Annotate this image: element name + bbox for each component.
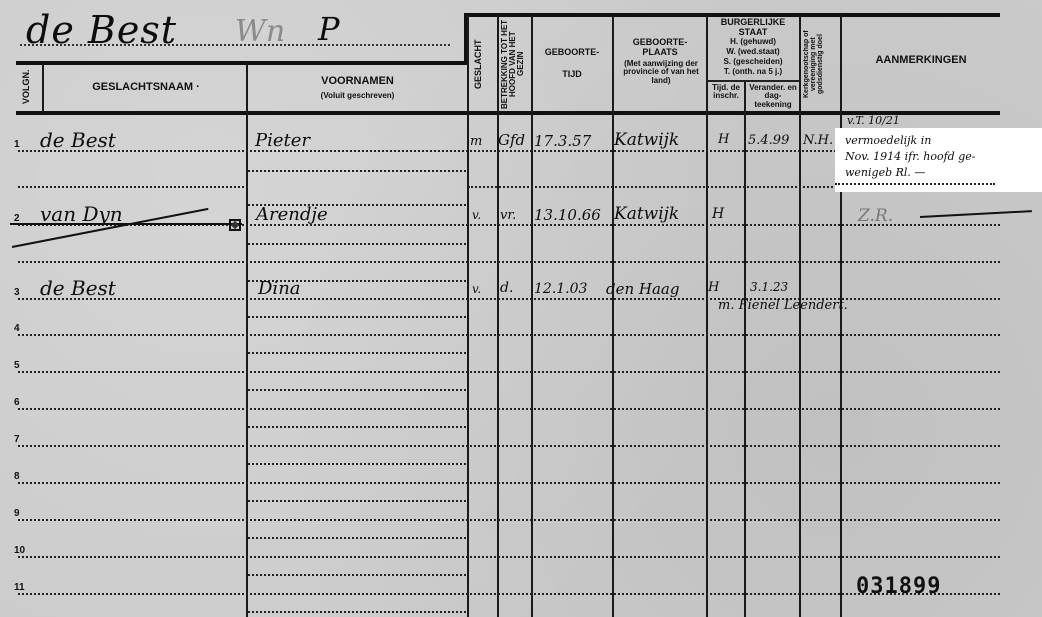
row3-sex: v.	[472, 282, 481, 296]
header-kerkgenootschap: Kerkgenootschap of vereeniging met godsd…	[803, 18, 837, 110]
row3-change-note: m. Fienel Leendert.	[718, 298, 848, 313]
row3-birth-place: den Haag	[606, 280, 679, 298]
header-tijd-inschr: Tijd. de inschr.	[708, 84, 744, 101]
row-line-5	[18, 371, 1000, 373]
row3-surname: de Best	[40, 276, 116, 300]
row3-birth-date: 12.1.03	[534, 281, 587, 297]
col-line-civil	[799, 15, 801, 617]
header-geboortetijd-1: GEBOORTE-	[533, 48, 611, 57]
row3-given-names: Dina	[258, 278, 301, 299]
heading-dotted-line	[20, 44, 450, 46]
col-line-surname	[246, 63, 248, 617]
row2-birth-place: Katwijk	[614, 204, 679, 224]
col-line-given	[467, 15, 469, 617]
header-bs-s: S. (gescheiden)	[708, 58, 798, 66]
row1-religion: N.H.	[803, 133, 833, 148]
row-number: 7	[14, 434, 20, 445]
remark-line: vermoedelijk in	[845, 134, 931, 148]
cross-box-mark-icon	[229, 219, 241, 231]
header-bs-h: H. (gehuwd)	[708, 38, 798, 46]
col-line-volgn	[42, 63, 44, 113]
header-betrekking: BETREKKING TOT HET HOOFD VAN HET GEZIN	[501, 18, 529, 110]
row1-change-date: 5.4.99	[748, 133, 789, 148]
row-line-7	[18, 445, 1000, 447]
row-number: 10	[14, 545, 25, 556]
row1-civil-status: H	[718, 132, 729, 147]
row1-birth-place: Katwijk	[614, 130, 679, 150]
row-number: 11	[14, 582, 25, 593]
row-number: 9	[14, 508, 20, 519]
remark-line: wenigeb Rl. —	[845, 166, 925, 180]
header-verander: Verander. en dag-teekening	[747, 84, 799, 109]
col-line-tijd	[744, 80, 746, 617]
col-line-birthplace	[706, 15, 708, 617]
row2-birth-date: 13.10.66	[534, 206, 601, 224]
table-top-border-left	[16, 61, 468, 65]
col-line-relation	[531, 15, 533, 617]
remark-line: Nov. 1914 ifr. hoofd ge-	[845, 150, 975, 164]
strikethrough-line	[920, 210, 1032, 218]
row-number: 6	[14, 397, 20, 408]
row-number: 8	[14, 471, 20, 482]
row1-relation: Gfd	[498, 131, 525, 149]
row2-sex: v.	[472, 208, 481, 222]
row-number: 5	[14, 360, 20, 371]
row-line-9	[18, 519, 1000, 521]
heading-letter: P	[318, 10, 340, 48]
row1-sex: m	[470, 134, 482, 149]
row3-change-date: 3.1.23	[750, 280, 788, 294]
header-aanmerkingen: AANMERKINGEN	[842, 55, 1000, 67]
col-line-religion	[840, 15, 842, 617]
pasted-remark-note: vermoedelijk in Nov. 1914 ifr. hoofd ge-…	[835, 128, 1042, 192]
row-line-3	[18, 298, 1000, 300]
row-number: 1	[14, 139, 20, 150]
row-number: 3	[14, 287, 20, 298]
header-geboorteplaats-sub: (Met aanwijzing der provincie of van het…	[618, 60, 704, 85]
row1-remark-top: v.T. 10/21	[847, 114, 900, 127]
row2-given-names: Arendje	[256, 204, 328, 225]
row2-relation: vr.	[500, 208, 516, 223]
row3-civil-status: H	[708, 280, 719, 295]
header-voornamen: VOORNAMEN	[250, 76, 465, 88]
row1-birth-date: 17.3.57	[534, 132, 591, 150]
row2-remark: Z.R.	[858, 206, 893, 226]
row-line-8	[18, 482, 1000, 484]
header-bs-w: W. (wed.staat)	[708, 48, 798, 56]
row3-relation: d.	[500, 280, 513, 296]
header-volgn: VOLGN.	[22, 66, 36, 108]
header-bs-t: T. (onth. na 5 j.)	[708, 68, 798, 76]
row2-civil-status: H	[712, 206, 724, 222]
registration-card: de Best Wn P VOLGN. GESLACHTSNAAM · VOOR…	[0, 0, 1042, 617]
row-line-10	[18, 556, 1000, 558]
header-geboortetijd-2: TIJD	[533, 70, 611, 79]
row1-given-names: Pieter	[255, 130, 310, 151]
civil-status-subdivider	[706, 80, 799, 82]
header-geboorteplaats-2: PLAATS	[614, 48, 706, 57]
row-line-4	[18, 334, 1000, 336]
row-subline-1	[248, 170, 466, 172]
header-geslacht: GESLACHT	[474, 20, 490, 108]
row1-surname: de Best	[40, 128, 116, 152]
header-voornamen-sub: (Voluit geschreven)	[250, 92, 465, 100]
card-stamp-number: 031899	[856, 574, 941, 599]
row-number: 4	[14, 323, 20, 334]
row-line-11	[18, 593, 1000, 595]
row-line-6	[18, 408, 1000, 410]
col-line-birthdate	[612, 15, 614, 617]
header-geslachtsnaam: GESLACHTSNAAM ·	[46, 82, 246, 94]
col-line-sex	[497, 15, 499, 617]
